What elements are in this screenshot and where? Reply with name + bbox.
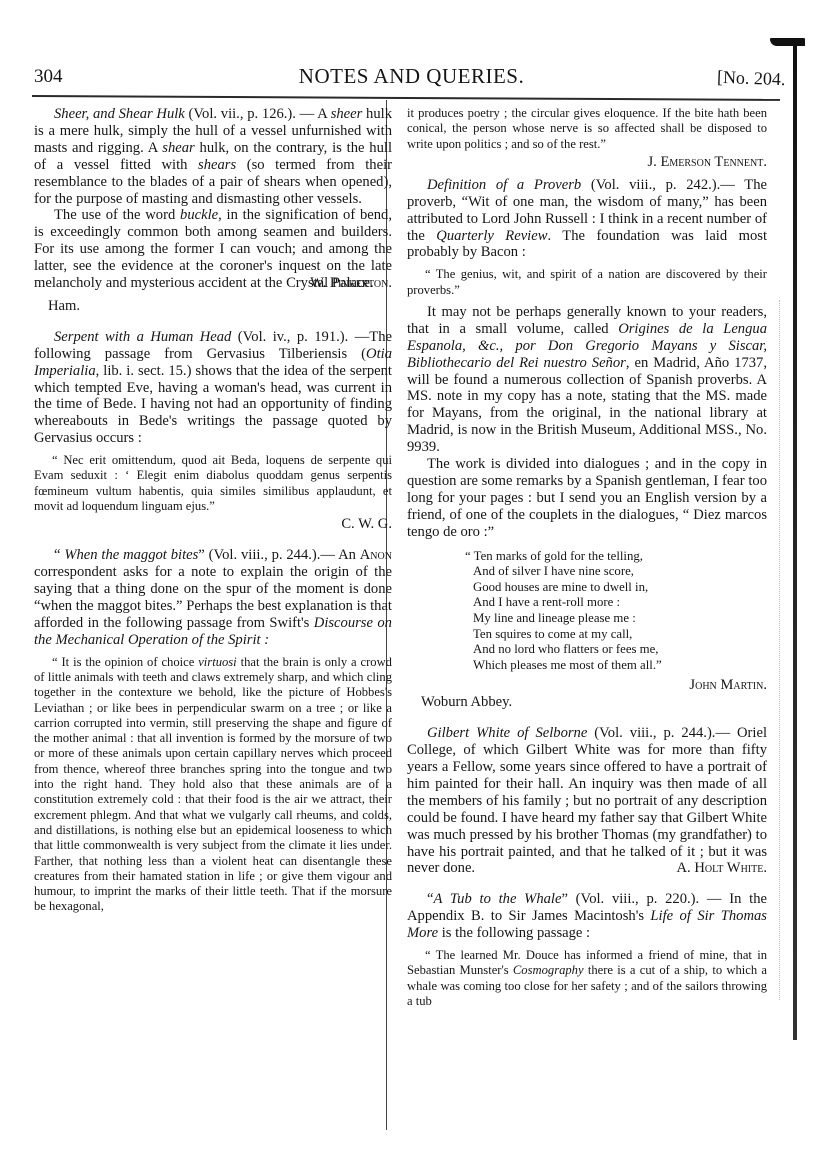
- paragraph: Definition of a Proverb (Vol. viii., p. …: [407, 177, 767, 262]
- paragraph: The work is divided into dialogues ; and…: [407, 456, 767, 541]
- article-proverb: Definition of a Proverb (Vol. viii., p. …: [407, 177, 767, 711]
- poem-line: My line and lineage please me :: [465, 611, 767, 627]
- paragraph: “A Tub to the Whale” (Vol. viii., p. 220…: [407, 891, 767, 942]
- article-heading: Serpent with a Human Head: [54, 329, 231, 345]
- article-tub-whale: “A Tub to the Whale” (Vol. viii., p. 220…: [407, 891, 767, 1009]
- place-line: Woburn Abbey.: [421, 694, 767, 711]
- block-quote: “ The genius, wit, and spirit of a natio…: [407, 267, 767, 298]
- signature: John Martin.: [407, 677, 767, 694]
- book-binding-edge: [770, 38, 805, 46]
- place-line: Ham.: [48, 298, 392, 315]
- article-gilbert-white: Gilbert White of Selborne (Vol. viii., p…: [407, 725, 767, 877]
- header-rule: [32, 95, 780, 101]
- article-serpent: Serpent with a Human Head (Vol. iv., p. …: [34, 329, 392, 533]
- left-column: Sheer, and Shear Hulk (Vol. vii., p. 126…: [34, 106, 392, 917]
- running-title: NOTES AND QUERIES.: [34, 64, 789, 89]
- poem-line: And I have a rent-roll more :: [465, 595, 767, 611]
- poem: “ Ten marks of gold for the telling, And…: [465, 549, 767, 674]
- page-header: 304 NOTES AND QUERIES. [No. 204.: [34, 62, 789, 92]
- block-quote: “ Nec erit omittendum, quod ait Beda, lo…: [34, 453, 392, 514]
- article-heading: Gilbert White of Selborne: [427, 725, 587, 741]
- article-heading: Definition of a Proverb: [427, 177, 581, 193]
- poem-line: And of silver I have nine score,: [465, 564, 767, 580]
- signature: J. Emerson Tennent.: [407, 154, 767, 171]
- article-heading: A Tub to the Whale: [433, 891, 561, 907]
- paragraph: It may not be perhaps generally known to…: [407, 304, 767, 456]
- article-maggot: “ When the maggot bites” (Vol. viii., p.…: [34, 547, 392, 914]
- right-column: it produces poetry ; the circular gives …: [407, 106, 767, 1011]
- block-quote: “ It is the opinion of choice virtuosi t…: [34, 655, 392, 915]
- article-heading: When the maggot bites: [64, 547, 198, 563]
- article-sheer-hulk: Sheer, and Shear Hulk (Vol. vii., p. 126…: [34, 106, 392, 315]
- issue-number: [No. 204.: [716, 67, 785, 90]
- poem-line: Ten squires to come at my call,: [465, 627, 767, 643]
- page-edge-speckle: [779, 300, 781, 1000]
- paragraph: Sheer, and Shear Hulk (Vol. vii., p. 126…: [34, 106, 392, 207]
- signature: C. W. G.: [34, 516, 392, 533]
- block-quote: it produces poetry ; the circular gives …: [407, 106, 767, 152]
- poem-line: Good houses are mine to dwell in,: [465, 580, 767, 596]
- article-heading: Sheer, and Shear Hulk: [54, 106, 185, 122]
- poem-line: “ Ten marks of gold for the telling,: [465, 549, 767, 565]
- block-quote: “ The learned Mr. Douce has informed a f…: [407, 948, 767, 1009]
- paragraph: Gilbert White of Selborne (Vol. viii., p…: [407, 725, 767, 877]
- article-maggot-continued: it produces poetry ; the circular gives …: [407, 106, 767, 171]
- book-gutter-shadow: [793, 40, 797, 1040]
- paragraph: Serpent with a Human Head (Vol. iv., p. …: [34, 329, 392, 447]
- poem-line: And no lord who flatters or fees me,: [465, 642, 767, 658]
- poem-line: Which pleases me most of them all.”: [465, 658, 767, 674]
- paragraph: “ When the maggot bites” (Vol. viii., p.…: [34, 547, 392, 648]
